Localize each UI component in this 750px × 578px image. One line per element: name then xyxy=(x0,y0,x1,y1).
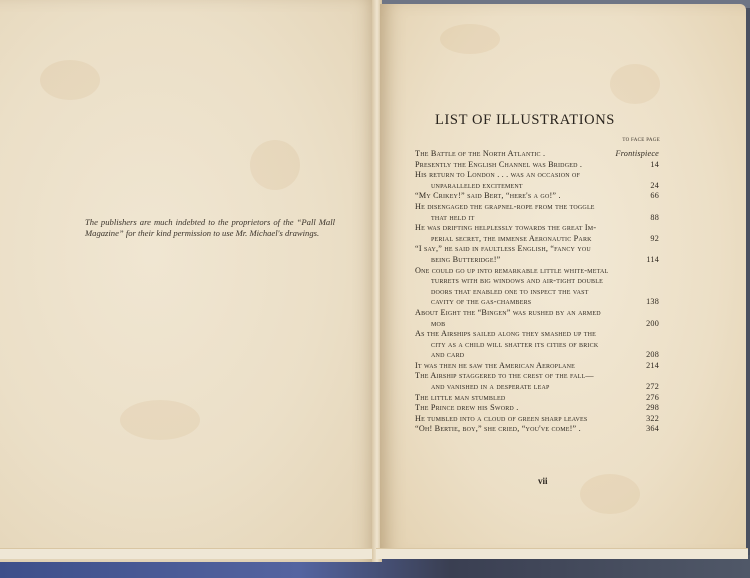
paper-stain xyxy=(40,60,100,100)
list-item: As the Airships sailed along they smashe… xyxy=(415,329,659,361)
entry-page-number: 214 xyxy=(646,361,659,372)
entry-page-number: 66 xyxy=(650,191,659,202)
entry-caption-line: unparalleled excitement xyxy=(415,181,659,192)
entry-caption-line: being Butteridge!” xyxy=(415,255,659,266)
list-item: “Oh! Bertie, boy,” she cried, “you've co… xyxy=(415,424,659,435)
list-item: The Airship staggered to the crest of th… xyxy=(415,371,659,392)
left-page: The publishers are much indebted to the … xyxy=(0,0,378,562)
entry-caption-line: The Airship staggered to the crest of th… xyxy=(415,371,659,382)
entry-caption-line: cavity of the gas-chambers xyxy=(415,297,659,308)
entry-page-number: 272 xyxy=(646,382,659,393)
entry-caption-line: Presently the English Channel was Bridge… xyxy=(415,160,659,171)
entry-caption-line: city as a child will shatter its cities … xyxy=(415,340,659,351)
paper-stain xyxy=(580,474,640,514)
entry-page-number: 322 xyxy=(646,414,659,425)
publisher-acknowledgement: The publishers are much indebted to the … xyxy=(85,217,335,239)
entry-caption-line: turrets with big windows and air-tight d… xyxy=(415,276,659,287)
entry-page-number: 298 xyxy=(646,403,659,414)
list-item: The Prince drew his Sword .298 xyxy=(415,403,659,414)
entry-caption-line: that held it xyxy=(415,213,659,224)
entry-page-number: 92 xyxy=(650,234,659,245)
entry-page-number: Frontispiece xyxy=(616,149,659,160)
entry-page-number: 114 xyxy=(646,255,659,266)
entry-caption-line: mob xyxy=(415,319,659,330)
list-item: About Eight the “Bingen” was rushed by a… xyxy=(415,308,659,329)
entry-caption-line: and card xyxy=(415,350,659,361)
entry-caption-line: One could go up into remarkable little w… xyxy=(415,266,659,277)
right-page-edge xyxy=(376,548,748,559)
entry-page-number: 364 xyxy=(646,424,659,435)
entry-caption-line: The little man stumbled xyxy=(415,393,659,404)
illustrations-list: The Battle of the North Atlantic .Fronti… xyxy=(415,149,659,435)
entry-page-number: 138 xyxy=(646,297,659,308)
entry-page-number: 88 xyxy=(650,213,659,224)
list-item: He disengaged the grapnel-rope from the … xyxy=(415,202,659,223)
paper-stain xyxy=(440,24,500,54)
paper-stain xyxy=(120,400,200,440)
entry-caption-line: “I say,” he said in faultless English, “… xyxy=(415,244,659,255)
list-item: The Battle of the North Atlantic .Fronti… xyxy=(415,149,659,160)
list-item: “My Crikey!” said Bert, “here's a go!” .… xyxy=(415,191,659,202)
entry-caption-line: About Eight the “Bingen” was rushed by a… xyxy=(415,308,659,319)
entry-caption-line: He disengaged the grapnel-rope from the … xyxy=(415,202,659,213)
paper-stain xyxy=(250,140,300,190)
entry-caption-line: As the Airships sailed along they smashe… xyxy=(415,329,659,340)
entry-caption-line: The Prince drew his Sword . xyxy=(415,403,659,414)
entry-page-number: 24 xyxy=(650,181,659,192)
list-item: The little man stumbled276 xyxy=(415,393,659,404)
list-item: It was then he saw the American Aeroplan… xyxy=(415,361,659,372)
page-number-folio: vii xyxy=(538,476,548,486)
entry-caption-line: He tumbled into a cloud of green sharp l… xyxy=(415,414,659,425)
list-item: He tumbled into a cloud of green sharp l… xyxy=(415,414,659,425)
page-title: LIST OF ILLUSTRATIONS xyxy=(380,112,670,129)
entry-page-number: 276 xyxy=(646,393,659,404)
entry-caption-line: and vanished in a desperate leap xyxy=(415,382,659,393)
entry-page-number: 208 xyxy=(646,350,659,361)
paper-stain xyxy=(610,64,660,104)
entry-caption-line: perial secret, the immense Aeronautic Pa… xyxy=(415,234,659,245)
list-item: He was drifting helplessly towards the g… xyxy=(415,223,659,244)
entry-caption-line: doors that enabled one to inspect the va… xyxy=(415,287,659,298)
list-item: “I say,” he said in faultless English, “… xyxy=(415,244,659,265)
entry-caption-line: It was then he saw the American Aeroplan… xyxy=(415,361,659,372)
list-item: One could go up into remarkable little w… xyxy=(415,266,659,308)
entry-page-number: 14 xyxy=(650,160,659,171)
left-page-edge xyxy=(0,548,372,559)
list-item: His return to London . . . was an occasi… xyxy=(415,170,659,191)
entry-caption-line: His return to London . . . was an occasi… xyxy=(415,170,659,181)
column-header: TO FACE PAGE xyxy=(610,138,660,144)
entry-caption-line: “My Crikey!” said Bert, “here's a go!” . xyxy=(415,191,659,202)
list-item: Presently the English Channel was Bridge… xyxy=(415,160,659,171)
entry-page-number: 200 xyxy=(646,319,659,330)
entry-caption-line: He was drifting helplessly towards the g… xyxy=(415,223,659,234)
entry-caption-line: “Oh! Bertie, boy,” she cried, “you've co… xyxy=(415,424,659,435)
